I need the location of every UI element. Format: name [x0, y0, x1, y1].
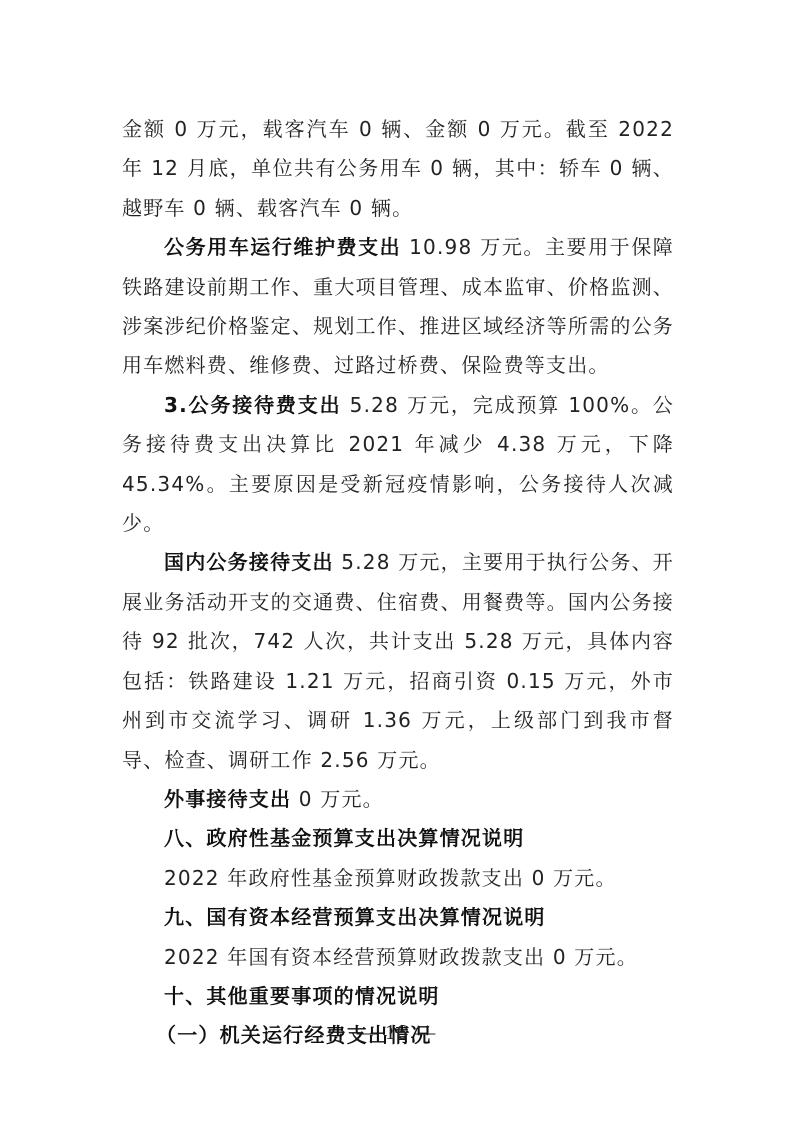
paragraph-domestic-reception: 国内公务接待支出 5.28 万元，主要用于执行公务、开展业务活动开支的交通费、住… — [122, 543, 674, 779]
paragraph-lead: 3.公务接待费支出 — [164, 393, 341, 417]
paragraph-lead: 外事接待支出 — [164, 787, 291, 811]
paragraph-text: 金额 0 万元，载客汽车 0 辆、金额 0 万元。截至 2022 年 12 月底… — [122, 117, 674, 220]
section-heading-8: 八、政府性基金预算支出决算情况说明 — [122, 819, 674, 858]
page-number: — 16 — — [0, 1020, 793, 1045]
paragraph-reception-expense: 3.公务接待费支出 5.28 万元，完成预算 100%。公务接待费支出决算比 2… — [122, 386, 674, 544]
paragraph-lead: 公务用车运行维护费支出 — [164, 235, 401, 259]
document-body: 金额 0 万元，载客汽车 0 辆、金额 0 万元。截至 2022 年 12 月底… — [122, 110, 674, 1056]
paragraph-text: 5.28 万元，主要用于执行公务、开展业务活动开支的交通费、住宿费、用餐费等。国… — [122, 550, 674, 771]
section-text-8: 2022 年政府性基金预算财政拨款支出 0 万元。 — [122, 859, 674, 898]
paragraph-text: 0 万元。 — [291, 787, 384, 811]
paragraph-vehicle-count: 金额 0 万元，载客汽车 0 辆、金额 0 万元。截至 2022 年 12 月底… — [122, 110, 674, 228]
paragraph-foreign-reception: 外事接待支出 0 万元。 — [122, 780, 674, 819]
section-heading-10: 十、其他重要事项的情况说明 — [122, 977, 674, 1016]
section-text-9: 2022 年国有资本经营预算财政拨款支出 0 万元。 — [122, 938, 674, 977]
section-heading-9: 九、国有资本经营预算支出决算情况说明 — [122, 898, 674, 937]
paragraph-lead: 国内公务接待支出 — [164, 550, 334, 574]
paragraph-vehicle-maintenance: 公务用车运行维护费支出 10.98 万元。主要用于保障铁路建设前期工作、重大项目… — [122, 228, 674, 386]
